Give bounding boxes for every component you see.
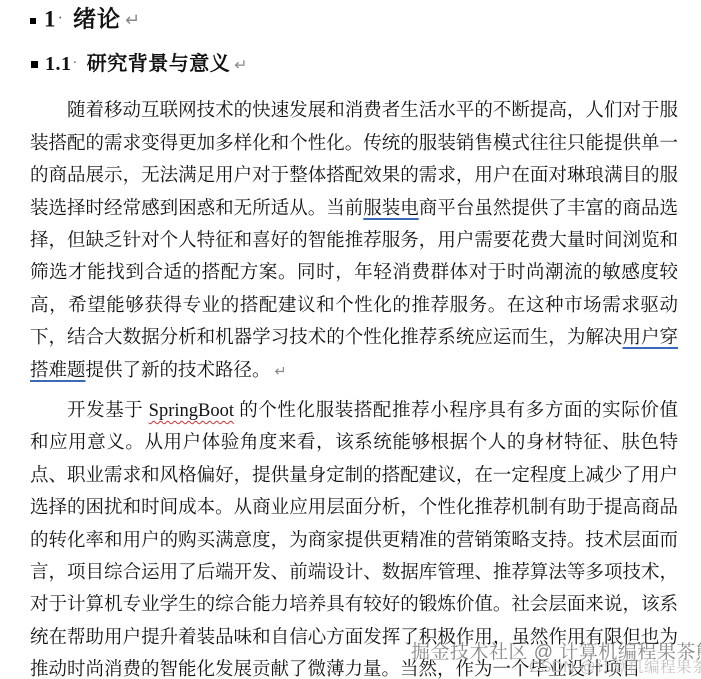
paragraph-mark-icon: ↵ xyxy=(234,56,248,74)
paragraph-mark-icon: ↵ xyxy=(125,10,141,31)
space-mark-icon: · xyxy=(58,8,65,27)
heading-chapter[interactable]: 1·绪论↵ xyxy=(30,4,701,35)
paragraph-mark-icon: ↵ xyxy=(275,364,287,380)
heading-bullet-icon xyxy=(31,61,38,68)
space-mark-icon: · xyxy=(73,55,78,71)
heading-section-text: 研究背景与意义 xyxy=(87,53,231,75)
heading-chapter-text: 绪论 xyxy=(73,6,121,31)
heading-bullet-icon xyxy=(30,18,36,24)
heading-section-number: 1.1 xyxy=(45,53,72,75)
word-document-canvas: 1·绪论↵ 1.1·研究背景与意义↵ 随着移动互联网技术的快速发展和消费者生活水… xyxy=(0,0,701,679)
body-paragraph-2[interactable]: 开发基于 SpringBoot 的个性化服装搭配推荐小程序具有多方面的实际价值和… xyxy=(30,395,678,679)
heading-section[interactable]: 1.1·研究背景与意义↵ xyxy=(31,51,701,78)
grammar-check-underlined-text: 服装电 xyxy=(363,199,419,219)
paragraph-text: 的个性化服装搭配推荐小程序具有多方面的实际价值和应用意义。从用户体验角度来看，该… xyxy=(30,401,678,679)
paragraph-text: 提供了新的技术路径。 xyxy=(86,361,271,381)
paragraph-text: 商平台虽然提供了丰富的商品选择，但缺乏针对个人特征和喜好的智能推荐服务，用户需要… xyxy=(30,199,678,349)
heading-chapter-number: 1 xyxy=(44,6,57,31)
body-paragraph-1[interactable]: 随着移动互联网技术的快速发展和消费者生活水平的不断提高，人们对于服装搭配的需求变… xyxy=(30,95,678,388)
spellcheck-underlined-text: SpringBoot xyxy=(149,401,234,421)
paragraph-text: 开发基于 xyxy=(67,401,149,421)
